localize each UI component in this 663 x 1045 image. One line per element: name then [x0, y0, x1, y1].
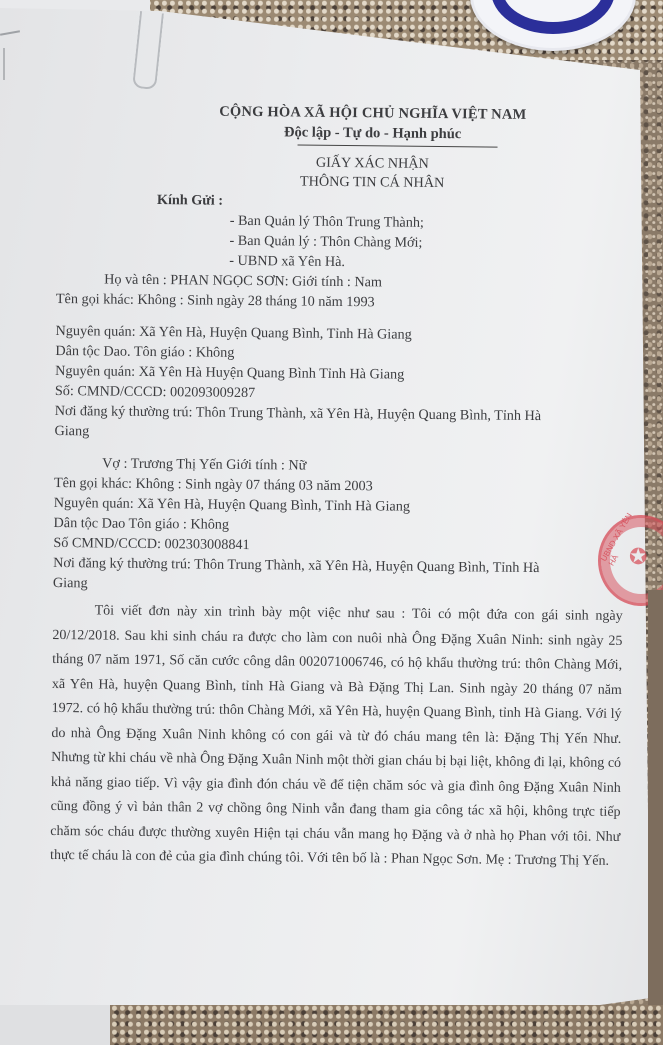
body-paragraph: Tôi viết đơn này xin trình bày một việc … [50, 599, 623, 874]
document-content: CỘNG HÒA XÃ HỘI CHỦ NGHĨA VIỆT NAM Độc l… [50, 100, 648, 875]
pencil-mark [3, 48, 5, 80]
motto-underline [298, 145, 498, 148]
star-emblem-icon: ✪ [629, 544, 647, 570]
granite-countertop-edge [648, 590, 663, 1045]
underlying-sheet-corner [0, 1005, 110, 1045]
